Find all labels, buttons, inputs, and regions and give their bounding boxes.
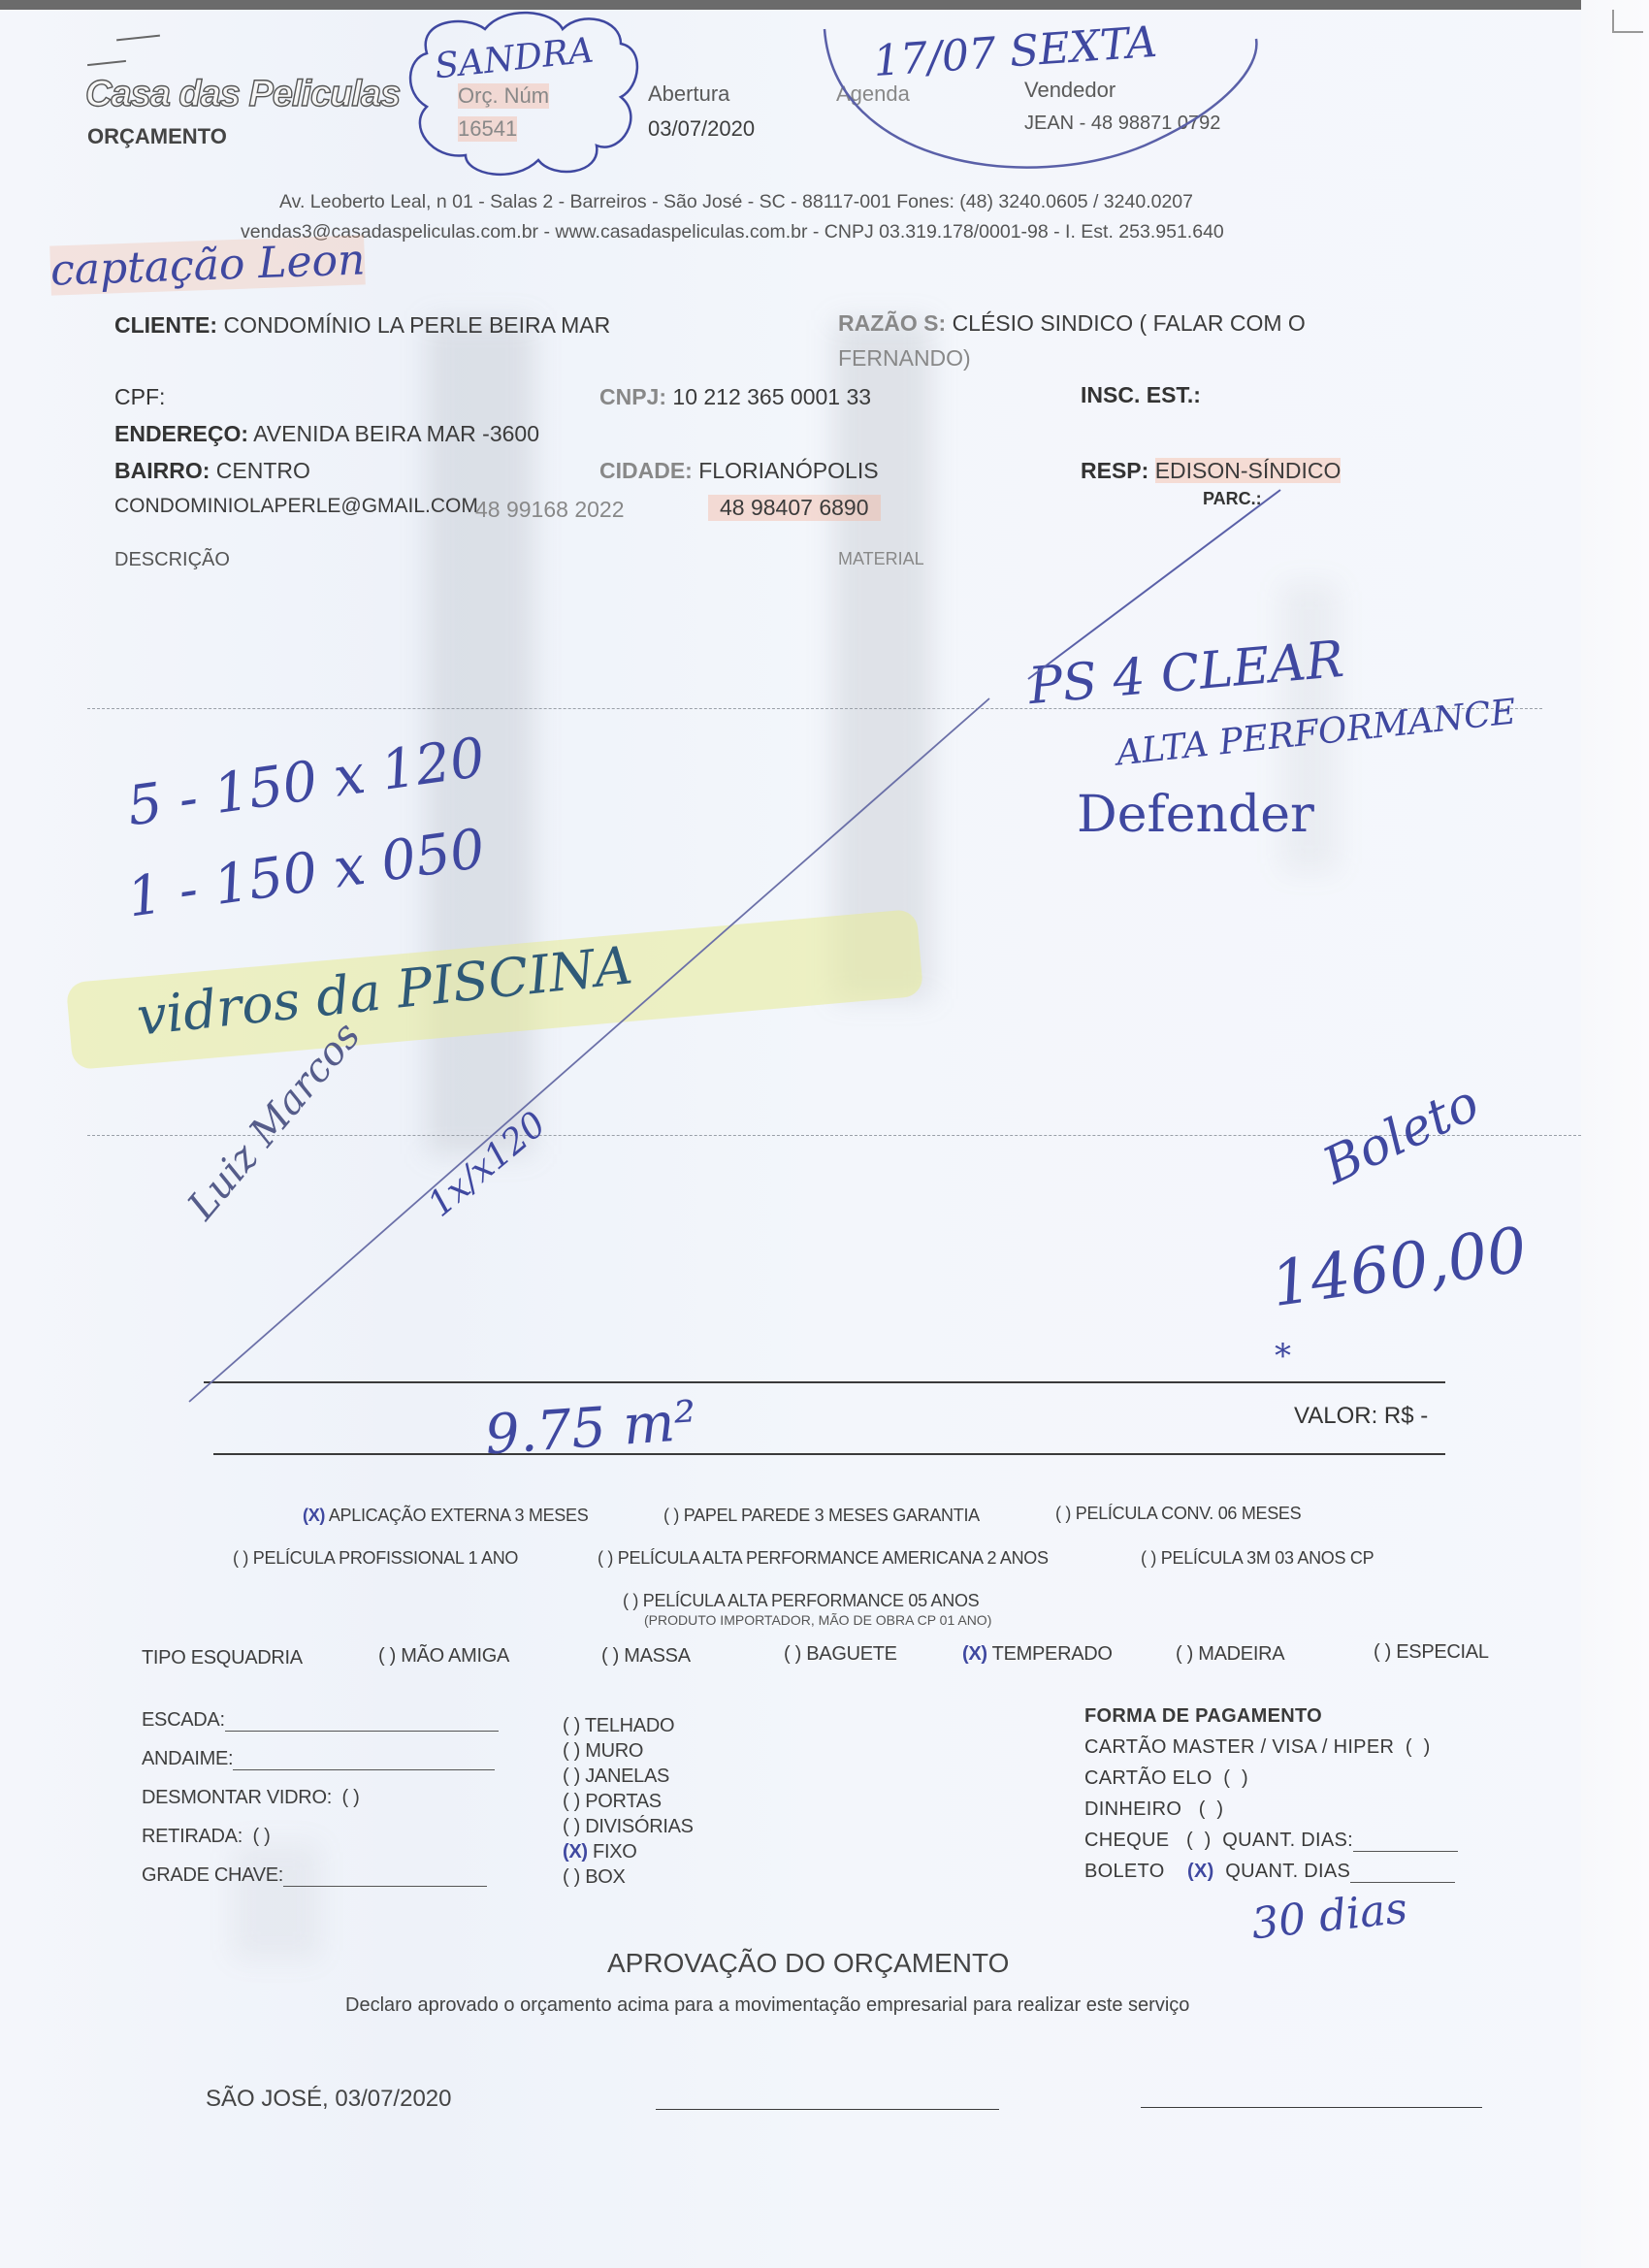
checkbox-checked-icon: (X) xyxy=(303,1506,325,1525)
cnpj-label: CNPJ: xyxy=(599,384,666,409)
orc-num-label: Orç. Núm xyxy=(458,83,549,109)
razao-value-line2: FERNANDO) xyxy=(838,345,971,372)
approval-declaration: Declaro aprovado o orçamento acima para … xyxy=(345,1994,1189,2017)
esquadria-option[interactable]: (X) TEMPERADO xyxy=(962,1643,1113,1666)
insc-label: INSC. EST.: xyxy=(1081,382,1201,407)
scan-edge-top xyxy=(0,0,1649,10)
approval-place-date: SÃO JOSÉ, 03/07/2020 xyxy=(206,2086,452,2113)
endereco-field: ENDEREÇO: AVENIDA BEIRA MAR -3600 xyxy=(114,421,539,447)
cidade-label: CIDADE: xyxy=(599,458,693,483)
handwritten-material-3: Defender xyxy=(1077,786,1314,844)
quote-document-page: Casa das Peliculas ORÇAMENTO Orç. Núm 16… xyxy=(0,0,1649,2268)
resp-value: EDISON-SÍNDICO xyxy=(1155,458,1342,483)
warranty-option[interactable]: ( ) PELÍCULA ALTA PERFORMANCE AMERICANA … xyxy=(598,1548,1049,1569)
insc-field: INSC. EST.: xyxy=(1081,382,1201,408)
client-phone-1: 48 99168 2022 xyxy=(475,497,625,523)
cnpj-value: 10 212 365 0001 33 xyxy=(672,384,871,409)
handwritten-name: SANDRA xyxy=(433,31,596,87)
asterisk-mark: * xyxy=(1275,1337,1291,1376)
cliente-value: CONDOMÍNIO LA PERLE BEIRA MAR xyxy=(223,312,610,338)
pay-option-cartao[interactable]: CARTÃO MASTER / VISA / HIPER ( ) xyxy=(1084,1736,1431,1759)
signature-line-client[interactable] xyxy=(656,2109,999,2110)
checkbox-checked-icon: (X) xyxy=(962,1643,987,1665)
endereco-value: AVENIDA BEIRA MAR -3600 xyxy=(253,421,539,446)
valor-line xyxy=(213,1453,1445,1455)
pay-option-elo[interactable]: CARTÃO ELO ( ) xyxy=(1084,1767,1248,1790)
pay-option-cheque[interactable]: CHEQUE ( ) QUANT. DIAS: xyxy=(1084,1830,1458,1852)
approval-title: APROVAÇÃO DO ORÇAMENTO xyxy=(607,1948,1009,1979)
warranty-option[interactable]: (X) APLICAÇÃO EXTERNA 3 MESES xyxy=(303,1506,588,1526)
bairro-value: CENTRO xyxy=(216,458,310,483)
local-option[interactable]: ( ) TELHADO xyxy=(563,1713,694,1738)
descricao-header: DESCRIÇÃO xyxy=(114,549,230,571)
escada-field[interactable]: ESCADA: xyxy=(142,1709,499,1732)
andaime-field[interactable]: ANDAIME: xyxy=(142,1748,495,1770)
local-option[interactable]: ( ) DIVISÓRIAS xyxy=(563,1814,694,1839)
client-email: CONDOMINIOLAPERLE@GMAIL.COM xyxy=(114,495,478,518)
abertura-date: 03/07/2020 xyxy=(648,116,755,142)
checkbox-checked-icon: (X) xyxy=(1187,1861,1214,1882)
local-option[interactable]: ( ) JANELAS xyxy=(563,1764,694,1789)
esquadria-option[interactable]: ( ) BAGUETE xyxy=(784,1643,897,1666)
abertura-label: Abertura xyxy=(648,81,729,107)
resp-field: RESP: EDISON-SÍNDICO xyxy=(1081,458,1341,484)
cpf-label: CPF: xyxy=(114,384,165,409)
local-option[interactable]: ( ) BOX xyxy=(563,1864,694,1890)
warranty-option-note: (PRODUTO IMPORTADOR, MÃO DE OBRA CP 01 A… xyxy=(644,1612,991,1628)
company-address: Av. Leoberto Leal, n 01 - Salas 2 - Barr… xyxy=(279,191,1193,213)
retirada-field[interactable]: RETIRADA: ( ) xyxy=(142,1826,270,1848)
warranty-option[interactable]: ( ) PELÍCULA 3M 03 ANOS CP xyxy=(1141,1548,1374,1569)
warranty-option[interactable]: ( ) PELÍCULA CONV. 06 MESES xyxy=(1055,1504,1301,1524)
esquadria-option[interactable]: ( ) ESPECIAL xyxy=(1374,1641,1489,1664)
local-option[interactable]: (X) FIXO xyxy=(563,1839,694,1864)
signature-line-company[interactable] xyxy=(1141,2107,1482,2108)
esquadria-option[interactable]: ( ) MADEIRA xyxy=(1176,1643,1284,1666)
bairro-field: BAIRRO: CENTRO xyxy=(114,458,310,484)
tipo-esquadria-label: TIPO ESQUADRIA xyxy=(142,1647,303,1669)
desmontar-field[interactable]: DESMONTAR VIDRO: ( ) xyxy=(142,1787,359,1809)
vendedor-value: JEAN - 48 98871 0792 xyxy=(1024,113,1220,135)
pagamento-title: FORMA DE PAGAMENTO xyxy=(1084,1705,1322,1728)
razao-label: RAZÃO S: xyxy=(838,310,946,336)
handwritten-value: 1460,00 xyxy=(1267,1215,1531,1321)
valor-label: VALOR: R$ - xyxy=(1294,1403,1428,1430)
handwritten-area: 9.75 m² xyxy=(483,1389,698,1467)
esquadria-option[interactable]: ( ) MASSA xyxy=(601,1645,691,1668)
document-title: ORÇAMENTO xyxy=(87,124,227,149)
handwritten-agenda-date: 17/07 SEXTA xyxy=(872,17,1159,86)
grade-chave-field[interactable]: GRADE CHAVE: xyxy=(142,1864,487,1887)
company-contact: vendas3@casadaspeliculas.com.br - www.ca… xyxy=(241,221,1224,243)
warranty-option[interactable]: ( ) PELÍCULA PROFISSIONAL 1 ANO xyxy=(233,1548,518,1569)
cliente-label: CLIENTE: xyxy=(114,312,217,338)
warranty-option[interactable]: ( ) PAPEL PAREDE 3 MESES GARANTIA xyxy=(663,1506,980,1526)
handwritten-days: 30 dias xyxy=(1249,1884,1409,1950)
handwritten-captacao: captação Leon xyxy=(49,235,366,295)
razao-field: RAZÃO S: CLÉSIO SINDICO ( FALAR COM O xyxy=(838,310,1306,337)
pay-option-boleto[interactable]: BOLETO (X) QUANT. DIAS xyxy=(1084,1861,1455,1883)
material-header: MATERIAL xyxy=(838,549,924,569)
orc-num-value: 16541 xyxy=(458,116,517,142)
cidade-field: CIDADE: FLORIANÓPOLIS xyxy=(599,458,879,484)
locais-list: ( ) TELHADO ( ) MURO ( ) JANELAS ( ) POR… xyxy=(563,1713,694,1890)
cnpj-field: CNPJ: 10 212 365 0001 33 xyxy=(599,384,871,410)
razao-value-line1: CLÉSIO SINDICO ( FALAR COM O xyxy=(953,310,1306,336)
checkbox-checked-icon: (X) xyxy=(563,1841,588,1863)
total-line xyxy=(204,1381,1445,1383)
local-option[interactable]: ( ) MURO xyxy=(563,1738,694,1764)
esquadria-option[interactable]: ( ) MÃO AMIGA xyxy=(378,1645,509,1668)
parc-label: PARC.: xyxy=(1203,489,1262,509)
company-logo: Casa das Peliculas xyxy=(85,74,400,115)
cpf-field: CPF: xyxy=(114,384,165,410)
line-separator xyxy=(87,708,1542,709)
cliente-field: CLIENTE: CONDOMÍNIO LA PERLE BEIRA MAR xyxy=(114,312,610,339)
endereco-label: ENDEREÇO: xyxy=(114,421,248,446)
pay-option-dinheiro[interactable]: DINHEIRO ( ) xyxy=(1084,1798,1223,1821)
handwritten-boleto: Boleto xyxy=(1314,1074,1488,1196)
warranty-option[interactable]: ( ) PELÍCULA ALTA PERFORMANCE 05 ANOS xyxy=(623,1591,979,1611)
resp-label: RESP: xyxy=(1081,458,1148,483)
agenda-label: Agenda xyxy=(836,81,910,107)
local-option[interactable]: ( ) PORTAS xyxy=(563,1789,694,1814)
folded-corner xyxy=(1612,10,1643,33)
bairro-label: BAIRRO: xyxy=(114,458,210,483)
vendedor-label: Vendedor xyxy=(1024,78,1115,103)
cidade-value: FLORIANÓPOLIS xyxy=(698,458,878,483)
scan-edge-right xyxy=(1581,0,1649,2268)
client-phone-2: 48 98407 6890 xyxy=(708,495,881,521)
